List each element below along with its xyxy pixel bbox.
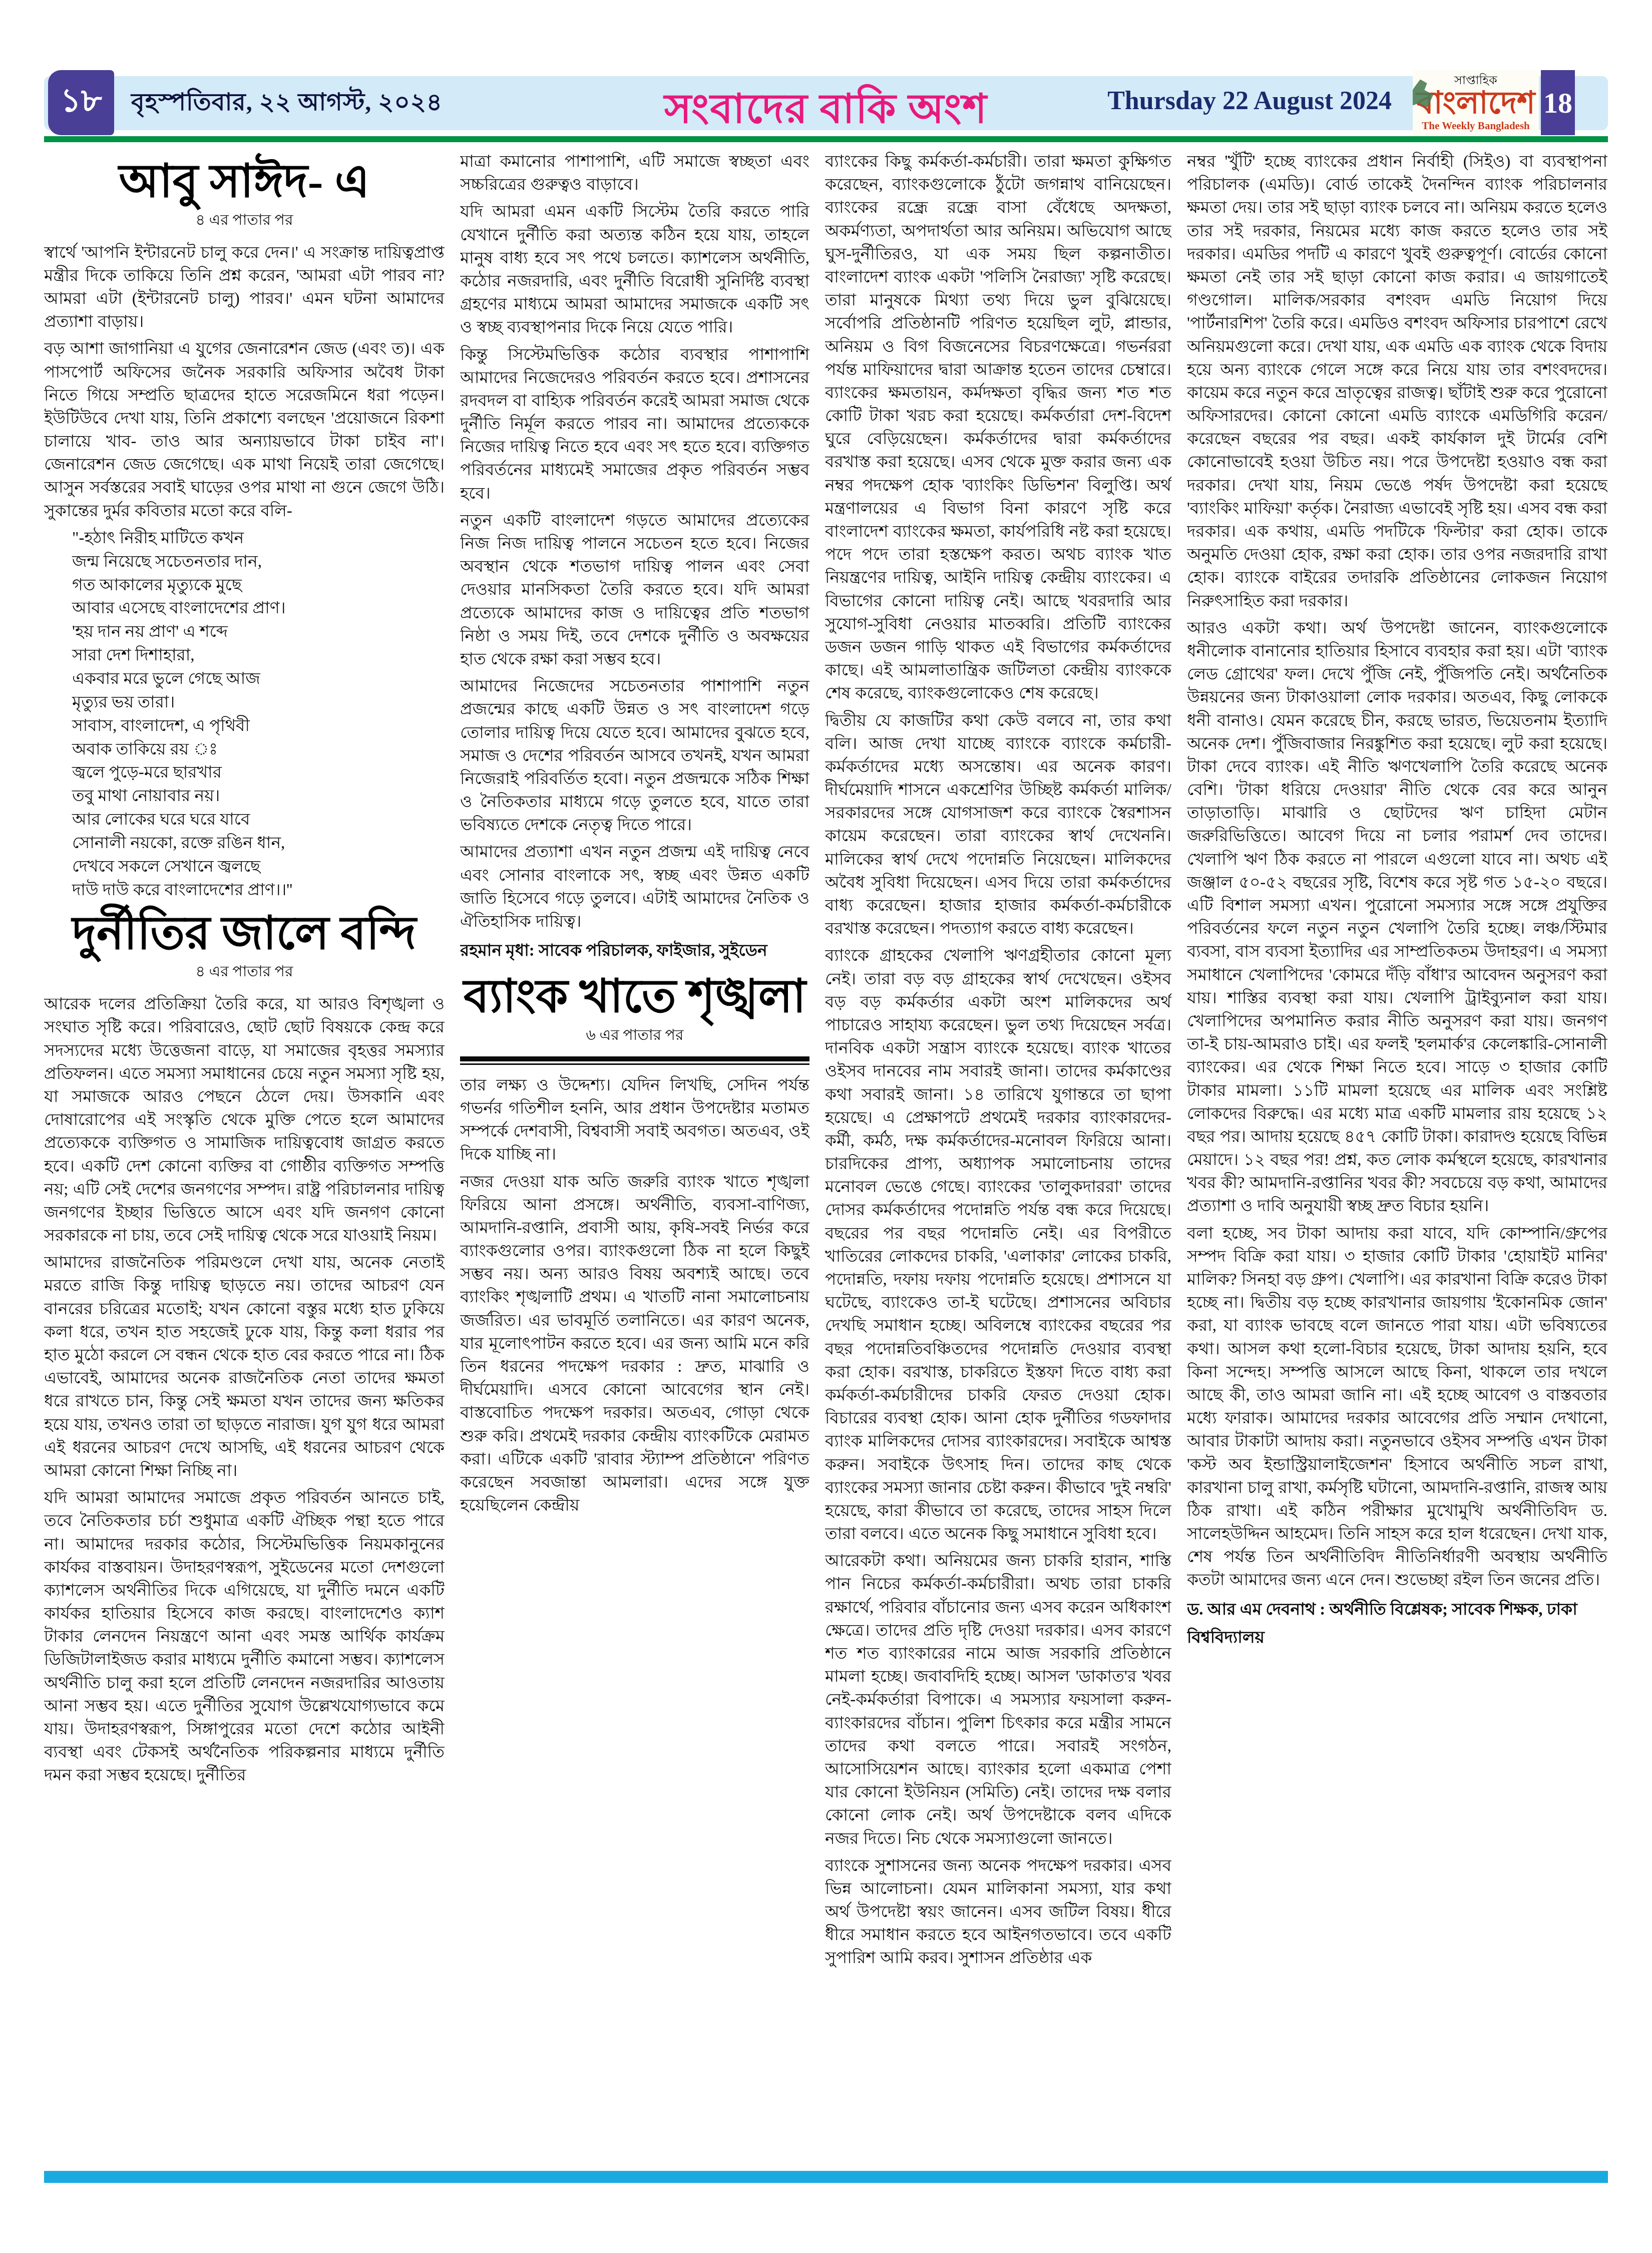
column-1: আবু সাঈদ- এ ৪ এর পাতার পর স্বার্থে 'আপনি… (44, 150, 445, 2168)
paragraph: আরও একটা কথা। অর্থ উপদেষ্টা জানেন, ব্যাং… (1187, 617, 1607, 1218)
author-signature: ড. আর এম দেবনাথ : অর্থনীতি বিশ্লেষক; সাব… (1187, 1596, 1607, 1652)
column-3: ব্যাংকের কিছু কর্মকর্তা-কর্মচারী। তারা ক… (825, 150, 1171, 2168)
logo-tagline: সাপ্তাহিক (1454, 75, 1497, 87)
continued-from-note: ৪ এর পাতার পর (44, 959, 445, 985)
page-number-box: 18 (1541, 70, 1575, 135)
paragraph: তার লক্ষ্য ও উদ্দেশ্য। যেদিন লিখছি, সেদি… (460, 1074, 809, 1167)
paragraph: নজর দেওয়া যাক অতি জরুরি ব্যাংক খাতে শৃঙ… (460, 1171, 809, 1518)
continued-from-note: ৬ এর পাতার পর (460, 1023, 809, 1048)
paragraph: দ্বিতীয় যে কাজটির কথা কেউ বলবে না, তার … (825, 709, 1171, 941)
headline-bank: ব্যাংক খাতে শৃঙ্খলা (460, 972, 809, 1021)
logo-name-english: The Weekly Bangladesh (1422, 121, 1530, 131)
paragraph: নতুন একটি বাংলাদেশ গড়তে আমাদের প্রত্যেক… (460, 509, 809, 671)
paragraph: নম্বর 'খুঁটি' হচ্ছে ব্যাংকের প্রধান নির্… (1187, 150, 1607, 613)
headline-abu-sayed: আবু সাঈদ- এ (44, 157, 445, 206)
paragraph: বড় আশা জাগানিয়া এ যুগের জেনারেশন জেড (… (44, 337, 445, 523)
paragraph: যদি আমরা এমন একটি সিস্টেম তৈরি করতে পারি… (460, 200, 809, 339)
author-signature: রহমান মৃধা: সাবেক পরিচালক, ফাইজার, সুইডে… (460, 937, 809, 965)
paragraph: আরেকটা কথা। অনিয়মের জন্য চাকরি হারান, শ… (825, 1550, 1171, 1850)
paragraph: ব্যাংকে সুশাসনের জন্য অনেক পদক্ষেপ দরকার… (825, 1854, 1171, 1970)
paragraph: আরেক দলের প্রতিক্রিয়া তৈরি করে, যা আরও … (44, 993, 445, 1247)
poem-durmor: "-হঠাৎ নিরীহ মাটিতে কখন জন্ম নিয়েছে সচে… (44, 527, 445, 902)
paragraph: মাত্রা কমানোর পাশাপাশি, এটি সমাজে স্বচ্ছ… (460, 150, 809, 196)
column-4: নম্বর 'খুঁটি' হচ্ছে ব্যাংকের প্রধান নির্… (1187, 150, 1607, 2168)
headline-durniti: দুর্নীতির জালে বন্দি (44, 909, 445, 958)
page-number-bn: ১৮ (60, 76, 102, 130)
date-english: Thursday 22 August 2024 (1107, 86, 1392, 116)
column-2: মাত্রা কমানোর পাশাপাশি, এটি সমাজে স্বচ্ছ… (460, 150, 809, 2168)
page-number-en: 18 (1543, 86, 1572, 120)
paragraph: যদি আমরা আমাদের সমাজে প্রকৃত পরিবর্তন আন… (44, 1486, 445, 1787)
paragraph: আমাদের প্রত্যাশা এখন নতুন প্রজন্ম এই দায… (460, 841, 809, 933)
date-bengali: বৃহস্পতিবার, ২২ আগস্ট, ২০২৪ (131, 84, 443, 124)
headline-rule (460, 1056, 809, 1065)
logo-name: বাংলাদেশ (1416, 88, 1535, 119)
page-number-tab: ১৮ (48, 70, 114, 135)
article-columns: আবু সাঈদ- এ ৪ এর পাতার পর স্বার্থে 'আপনি… (44, 150, 1608, 2168)
footer-bar (44, 2171, 1608, 2183)
paragraph: আমাদের নিজেদের সচেতনতার পাশাপাশি নতুন প্… (460, 675, 809, 837)
paragraph: ব্যাংকে গ্রাহকের খেলাপি ঋণগ্রহীতার কোনো … (825, 944, 1171, 1546)
newspaper-logo: সাপ্তাহিক বাংলাদেশ The Weekly Bangladesh (1413, 70, 1539, 135)
paragraph: বলা হচ্ছে, সব টাকা আদায় করা যাবে, যদি ক… (1187, 1222, 1607, 1592)
continued-from-note: ৪ এর পাতার পর (44, 208, 445, 233)
paragraph: ব্যাংকের কিছু কর্মকর্তা-কর্মচারী। তারা ক… (825, 150, 1171, 705)
paragraph: কিন্তু সিস্টেমভিত্তিক কঠোর ব্যবস্থার পাশ… (460, 343, 809, 505)
paragraph: স্বার্থে 'আপনি ইন্টারনেট চালু করে দেন।' … (44, 241, 445, 334)
paragraph: আমাদের রাজনৈতিক পরিমণ্ডলে দেখা যায়, অনে… (44, 1251, 445, 1482)
